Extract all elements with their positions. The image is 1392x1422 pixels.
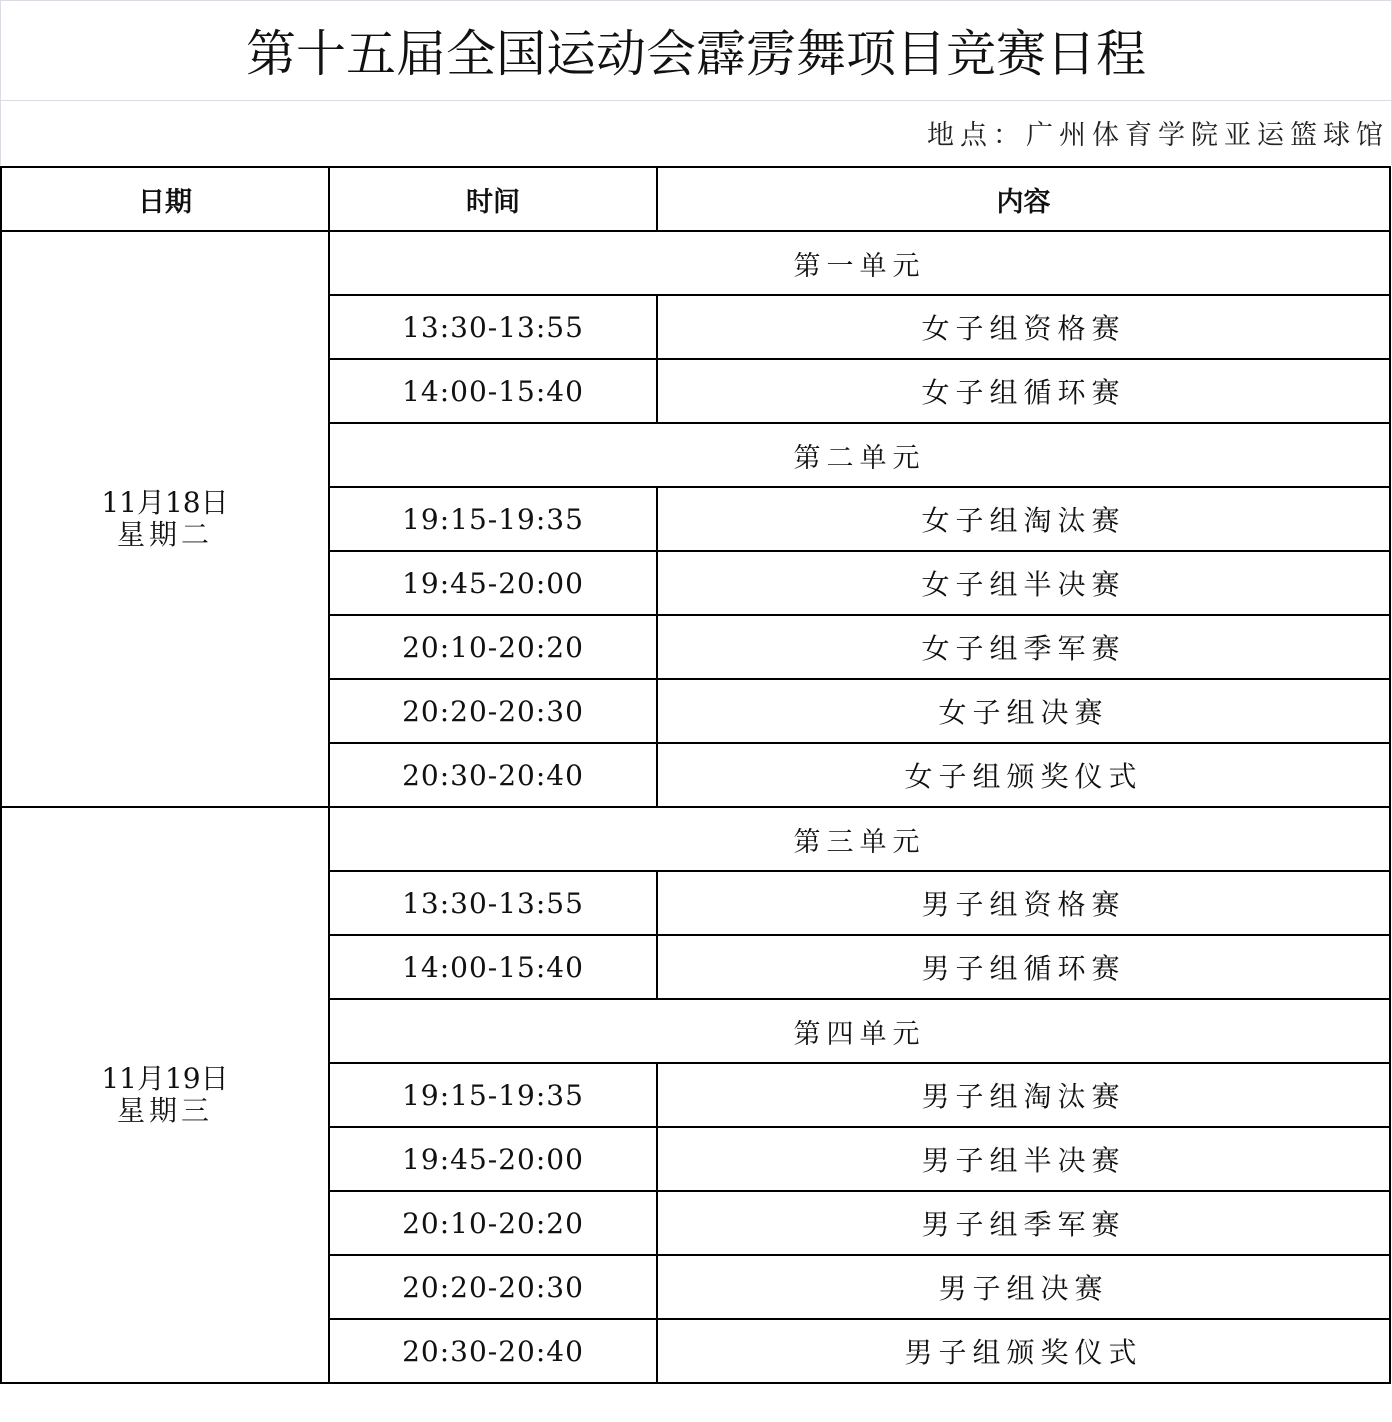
header-row: 日期 时间 内容 (1, 167, 1390, 231)
time-cell: 20:10-20:20 (329, 615, 657, 679)
weekday-label: 星期三 (2, 1095, 328, 1127)
time-cell: 13:30-13:55 (329, 295, 657, 359)
date-cell: 11月19日 星期三 (1, 807, 329, 1383)
time-cell: 20:30-20:40 (329, 743, 657, 807)
content-cell: 男子组决赛 (657, 1255, 1390, 1319)
header-content: 内容 (657, 167, 1390, 231)
header-time: 时间 (329, 167, 657, 231)
date-label: 11月18日 (2, 487, 328, 519)
content-cell: 女子组季军赛 (657, 615, 1390, 679)
content-cell: 男子组资格赛 (657, 871, 1390, 935)
content-cell: 女子组颁奖仪式 (657, 743, 1390, 807)
page-title: 第十五届全国运动会霹雳舞项目竞赛日程 (246, 14, 1146, 86)
content-cell: 男子组淘汰赛 (657, 1063, 1390, 1127)
unit-label: 第一单元 (329, 231, 1390, 295)
time-cell: 19:45-20:00 (329, 551, 657, 615)
time-cell: 19:45-20:00 (329, 1127, 657, 1191)
content-cell: 女子组淘汰赛 (657, 487, 1390, 551)
content-cell: 女子组半决赛 (657, 551, 1390, 615)
time-cell: 20:30-20:40 (329, 1319, 657, 1383)
time-cell: 13:30-13:55 (329, 871, 657, 935)
title-row: 第十五届全国运动会霹雳舞项目竞赛日程 (0, 0, 1392, 101)
content-cell: 男子组季军赛 (657, 1191, 1390, 1255)
time-cell: 20:20-20:30 (329, 1255, 657, 1319)
content-cell: 男子组颁奖仪式 (657, 1319, 1390, 1383)
unit-label: 第二单元 (329, 423, 1390, 487)
unit-row: 11月19日 星期三 第三单元 (1, 807, 1390, 871)
date-cell: 11月18日 星期二 (1, 231, 329, 807)
content-cell: 女子组决赛 (657, 679, 1390, 743)
content-cell: 女子组循环赛 (657, 359, 1390, 423)
weekday-label: 星期二 (2, 519, 328, 551)
time-cell: 19:15-19:35 (329, 1063, 657, 1127)
content-cell: 女子组资格赛 (657, 295, 1390, 359)
unit-label: 第四单元 (329, 999, 1390, 1063)
schedule-table: 日期 时间 内容 11月18日 星期二 第一单元 13:30-13:55 女子组… (0, 166, 1391, 1384)
date-label: 11月19日 (2, 1063, 328, 1095)
time-cell: 20:20-20:30 (329, 679, 657, 743)
time-cell: 20:10-20:20 (329, 1191, 657, 1255)
unit-label: 第三单元 (329, 807, 1390, 871)
venue-label: 地点：广州体育学院亚运篮球馆 (927, 113, 1389, 152)
venue-row: 地点：广州体育学院亚运篮球馆 (0, 100, 1392, 165)
time-cell: 19:15-19:35 (329, 487, 657, 551)
unit-row: 11月18日 星期二 第一单元 (1, 231, 1390, 295)
header-date: 日期 (1, 167, 329, 231)
time-cell: 14:00-15:40 (329, 359, 657, 423)
content-cell: 男子组循环赛 (657, 935, 1390, 999)
time-cell: 14:00-15:40 (329, 935, 657, 999)
content-cell: 男子组半决赛 (657, 1127, 1390, 1191)
